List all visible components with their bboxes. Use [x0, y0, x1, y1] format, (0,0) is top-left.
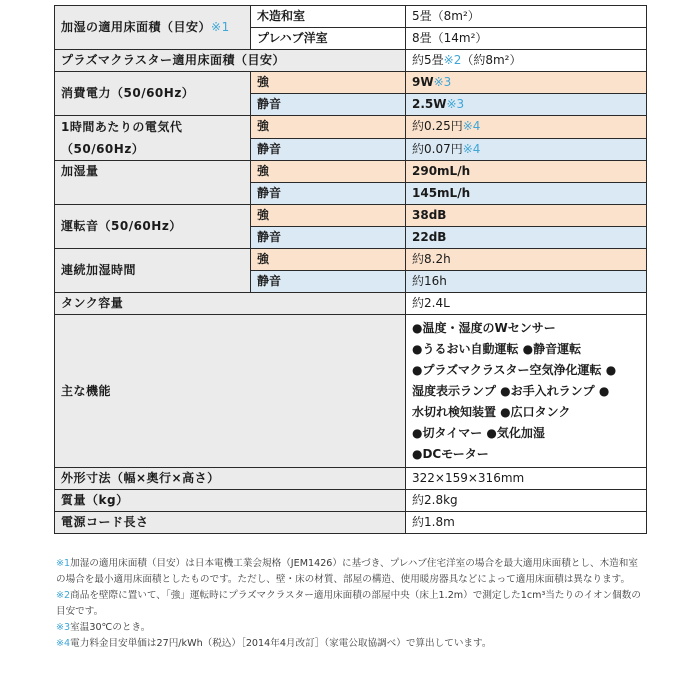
table-row: 加湿量 強 290mL/h — [55, 161, 647, 183]
footnote-ref: ※4 — [463, 119, 481, 133]
plasma-area-label: プラズマクラスター適用床面積（目安） — [55, 50, 406, 72]
value-cell: 22dB — [406, 227, 647, 249]
value-cell: 5畳（8m²） — [406, 6, 647, 28]
sub-label-strong: 強 — [251, 205, 406, 227]
feature-line: ●DCモーター — [412, 444, 640, 465]
sub-label-quiet: 静音 — [251, 138, 406, 161]
table-row: 主な機能 ●温度・湿度のWセンサー ●うるおい自動運転 ●静音運転 ●プラズマク… — [55, 315, 647, 468]
table-row: プラズマクラスター適用床面積（目安） 約5畳※2（約8m²） — [55, 50, 647, 72]
footnote-ref: ※1 — [211, 20, 230, 34]
value-text: 約5畳 — [412, 53, 444, 67]
noise-label: 運転音（50/60Hz） — [55, 205, 251, 249]
humidify-area-label: 加湿の適用床面積（目安）※1 — [55, 6, 251, 50]
table-row: 質量（kg） 約2.8kg — [55, 490, 647, 512]
dimensions-label: 外形寸法（幅×奥行×高さ） — [55, 468, 406, 490]
cord-label: 電源コード長さ — [55, 512, 406, 534]
sub-label-quiet: 静音 — [251, 94, 406, 116]
value-cell: 約16h — [406, 271, 647, 293]
humidify-amount-label: 加湿量 — [55, 161, 251, 205]
continuous-time-label: 連続加湿時間 — [55, 249, 251, 293]
cost-label: 1時間あたりの電気代 （50/60Hz） — [55, 116, 251, 161]
feature-line: 湿度表示ランプ ●お手入れランプ ● — [412, 381, 640, 402]
table-row: 電源コード長さ 約1.8m — [55, 512, 647, 534]
feature-line: ●温度・湿度のWセンサー — [412, 318, 640, 339]
sub-label-strong: 強 — [251, 72, 406, 94]
features-list: ●温度・湿度のWセンサー ●うるおい自動運転 ●静音運転 ●プラズマクラスター空… — [406, 315, 647, 468]
footnote-mark: ※3 — [56, 622, 70, 633]
feature-line: ●切タイマー ●気化加湿 — [412, 423, 640, 444]
footnote-text: 商品を壁際に置いて、「強」運転時にプラズマクラスター適用床面積の部屋中央（床上1… — [56, 590, 641, 617]
footnote-ref: ※3 — [434, 75, 452, 89]
footnote-1: ※1加湿の適用床面積（目安）は日本電機工業会規格（JEM1426）に基づき、プレ… — [56, 556, 646, 588]
tank-label: タンク容量 — [55, 293, 406, 315]
sub-label-strong: 強 — [251, 116, 406, 139]
label-line: 1時間あたりの電気代 — [61, 116, 244, 138]
spec-table: 加湿の適用床面積（目安）※1 木造和室 5畳（8m²） プレハブ洋室 8畳（14… — [54, 5, 647, 534]
value-cell: 約0.07円※4 — [406, 138, 647, 161]
value-cell: 約0.25円※4 — [406, 116, 647, 139]
sub-label-strong: 強 — [251, 249, 406, 271]
table-row: 加湿の適用床面積（目安）※1 木造和室 5畳（8m²） — [55, 6, 647, 28]
table-row: 1時間あたりの電気代 （50/60Hz） 強 約0.25円※4 — [55, 116, 647, 139]
value-text: 9W — [412, 75, 434, 89]
value-cell: 38dB — [406, 205, 647, 227]
feature-line: ●うるおい自動運転 ●静音運転 — [412, 339, 640, 360]
footnote-text: 室温30℃のとき。 — [70, 622, 150, 633]
footnote-mark: ※1 — [56, 558, 70, 569]
value-cell: 145mL/h — [406, 183, 647, 205]
footnote-mark: ※2 — [56, 590, 70, 601]
value-text: 約0.07円 — [412, 142, 463, 156]
footnotes: ※1加湿の適用床面積（目安）は日本電機工業会規格（JEM1426）に基づき、プレ… — [56, 556, 646, 652]
value-suffix: （約8m²） — [461, 53, 521, 67]
value-cell: 322×159×316mm — [406, 468, 647, 490]
value-text: 約0.25円 — [412, 119, 463, 133]
power-label: 消費電力（50/60Hz） — [55, 72, 251, 116]
weight-label: 質量（kg） — [55, 490, 406, 512]
label-line: （50/60Hz） — [61, 138, 244, 160]
feature-line: 水切れ検知装置 ●広口タンク — [412, 402, 640, 423]
value-cell: 2.5W※3 — [406, 94, 647, 116]
sub-label-quiet: 静音 — [251, 227, 406, 249]
value-cell: 約5畳※2（約8m²） — [406, 50, 647, 72]
footnote-2: ※2商品を壁際に置いて、「強」運転時にプラズマクラスター適用床面積の部屋中央（床… — [56, 588, 646, 620]
value-cell: 9W※3 — [406, 72, 647, 94]
table-row: 運転音（50/60Hz） 強 38dB — [55, 205, 647, 227]
footnote-ref: ※3 — [447, 97, 465, 111]
footnote-3: ※3室温30℃のとき。 — [56, 620, 646, 636]
footnote-4: ※4電力料金目安単価は27円/kWh（税込）［2014年4月改訂］（家電公取協調… — [56, 636, 646, 652]
footnote-text: 電力料金目安単価は27円/kWh（税込）［2014年4月改訂］（家電公取協調べ）… — [70, 638, 491, 649]
feature-line: ●プラズマクラスター空気浄化運転 ● — [412, 360, 640, 381]
footnote-mark: ※4 — [56, 638, 70, 649]
value-cell: 約1.8m — [406, 512, 647, 534]
value-cell: 290mL/h — [406, 161, 647, 183]
table-row: 外形寸法（幅×奥行×高さ） 322×159×316mm — [55, 468, 647, 490]
table-row: 消費電力（50/60Hz） 強 9W※3 — [55, 72, 647, 94]
table-row: タンク容量 約2.4L — [55, 293, 647, 315]
value-cell: 約2.8kg — [406, 490, 647, 512]
sub-label-strong: 強 — [251, 161, 406, 183]
label-text: 加湿の適用床面積（目安） — [61, 20, 211, 34]
value-text: 2.5W — [412, 97, 447, 111]
sub-label-quiet: 静音 — [251, 271, 406, 293]
table-row: 連続加湿時間 強 約8.2h — [55, 249, 647, 271]
sub-label-quiet: 静音 — [251, 183, 406, 205]
sub-label: 木造和室 — [251, 6, 406, 28]
value-cell: 約2.4L — [406, 293, 647, 315]
footnote-text: 加湿の適用床面積（目安）は日本電機工業会規格（JEM1426）に基づき、プレハブ… — [56, 558, 638, 585]
footnote-ref: ※4 — [463, 142, 481, 156]
features-label: 主な機能 — [55, 315, 406, 468]
value-cell: 8畳（14m²） — [406, 28, 647, 50]
value-cell: 約8.2h — [406, 249, 647, 271]
sub-label: プレハブ洋室 — [251, 28, 406, 50]
footnote-ref: ※2 — [444, 53, 462, 67]
